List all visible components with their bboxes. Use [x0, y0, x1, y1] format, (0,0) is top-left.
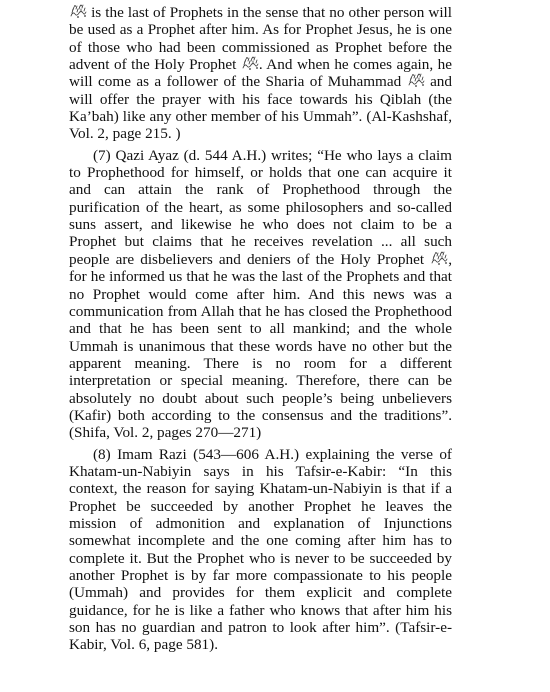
- salutation-icon: [69, 4, 87, 18]
- salutation-icon: [407, 73, 425, 87]
- salutation-icon: [241, 56, 259, 70]
- paragraph-8-imam-razi: (8) Imam Razi (543—606 A.H.) explaining …: [69, 446, 452, 654]
- salutation-icon: [430, 251, 448, 265]
- paragraph-text: (8) Imam Razi (543—606 A.H.) explaining …: [69, 446, 452, 654]
- paragraph-text: , for he informed us that he was the las…: [69, 251, 452, 441]
- paragraph-text: (7) Qazi Ayaz (d. 544 A.H.) writes; “He …: [69, 147, 452, 268]
- paragraph-7-qazi-ayaz: (7) Qazi Ayaz (d. 544 A.H.) writes; “He …: [69, 147, 452, 442]
- paragraph-continuation: is the last of Prophets in the sense tha…: [69, 4, 452, 143]
- document-page: is the last of Prophets in the sense tha…: [69, 4, 452, 658]
